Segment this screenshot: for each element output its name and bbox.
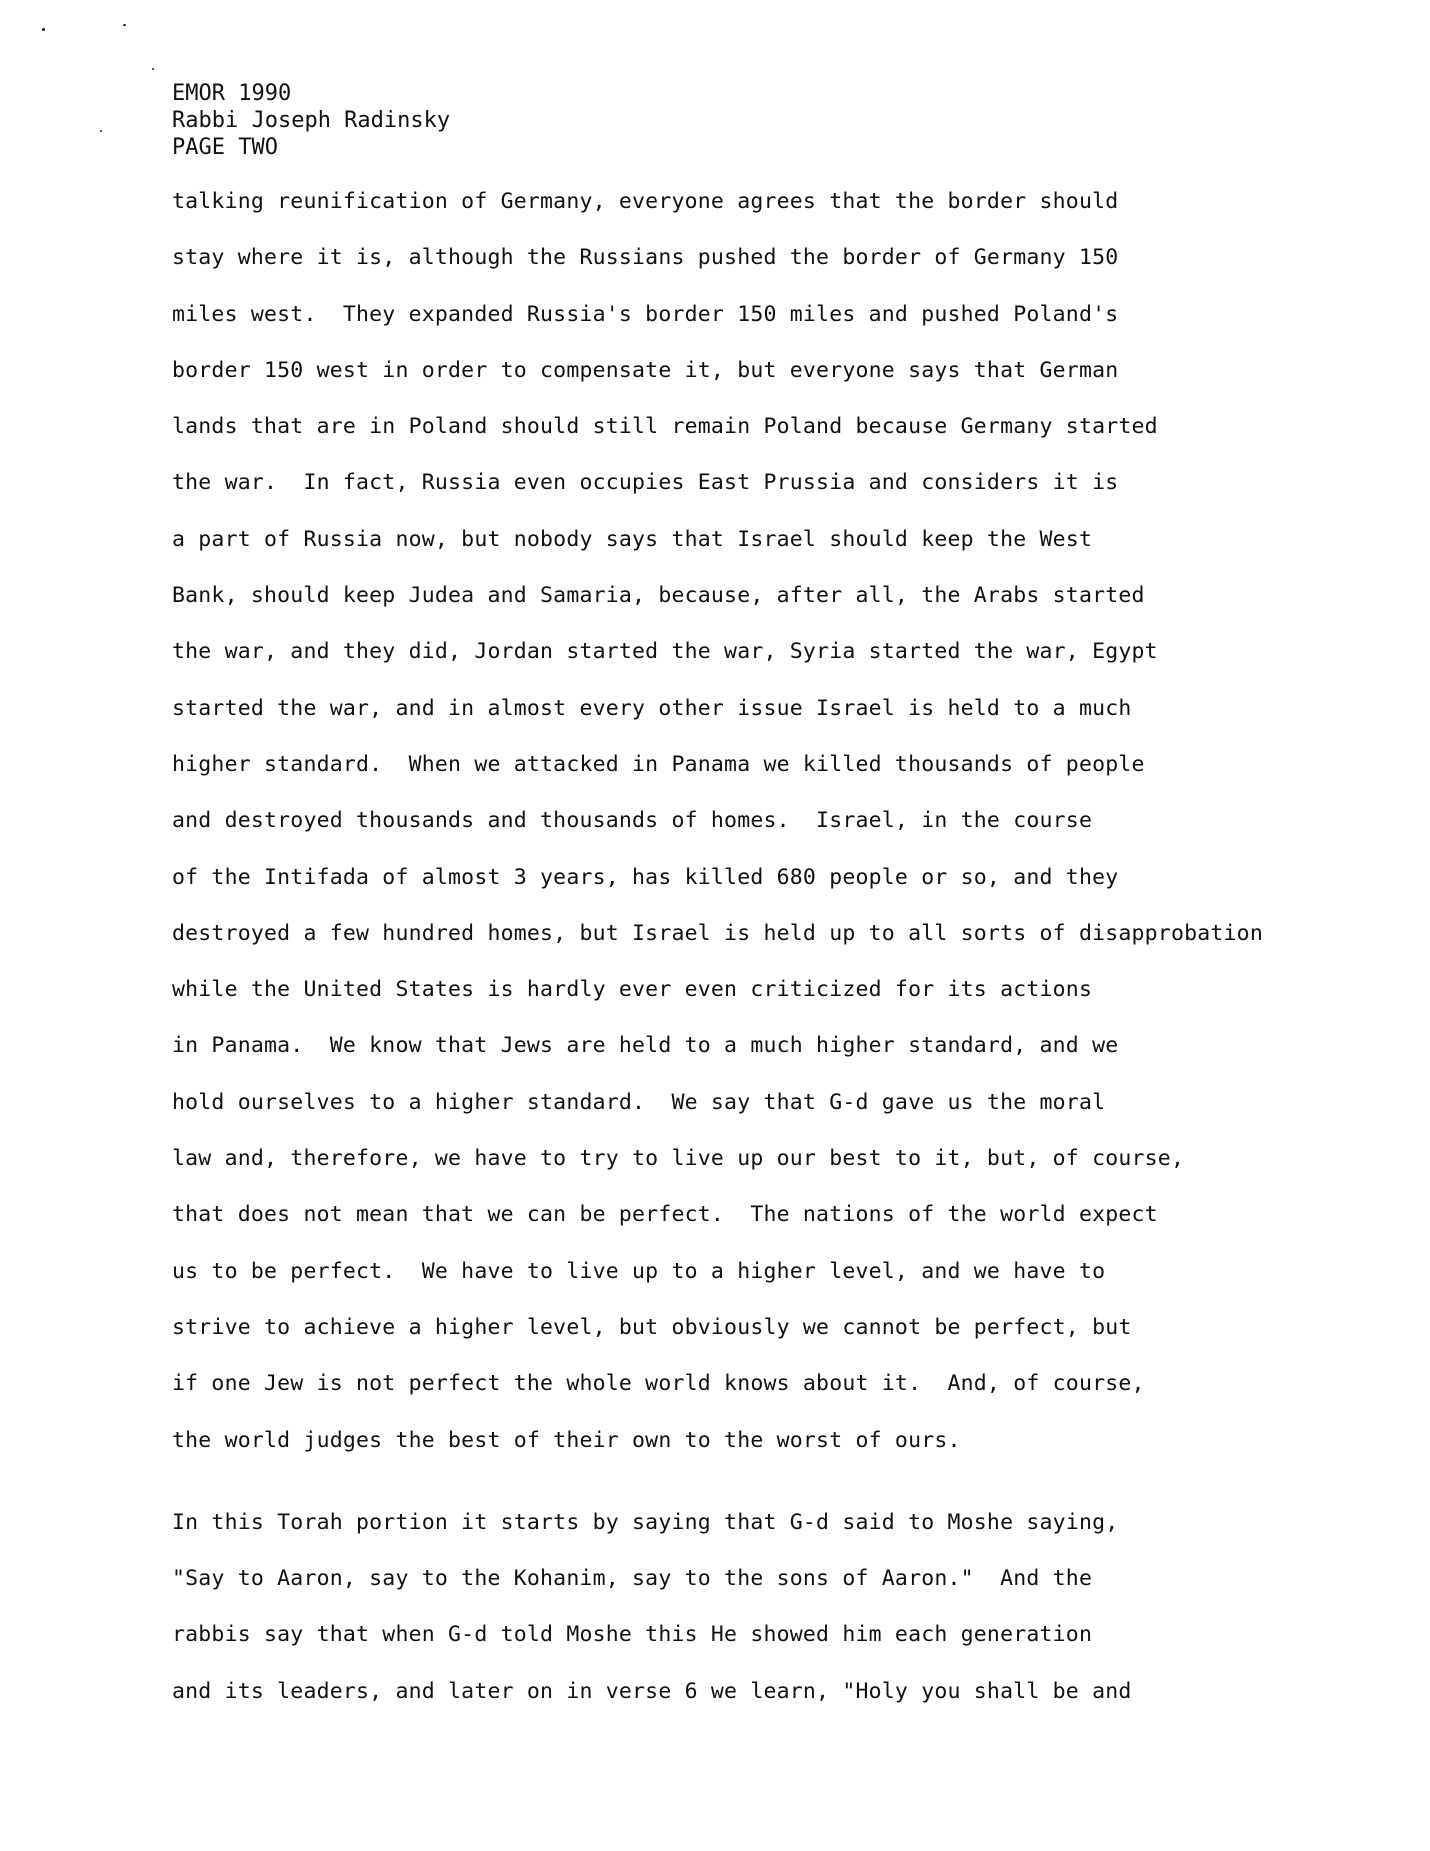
text-line: while the United States is hardly ever e… [172,974,1263,1030]
text-line: the world judges the best of their own t… [172,1425,1263,1481]
text-line: higher standard. When we attacked in Pan… [172,749,1263,805]
text-line: Bank, should keep Judea and Samaria, bec… [172,580,1263,636]
document-body: talking reunification of Germany, everyo… [172,186,1263,1732]
scan-speck [123,24,126,26]
text-line: hold ourselves to a higher standard. We … [172,1087,1263,1143]
text-line: In this Torah portion it starts by sayin… [172,1507,1263,1563]
text-line: the war, and they did, Jordan started th… [172,636,1263,692]
text-line: "Say to Aaron, say to the Kohanim, say t… [172,1563,1263,1619]
text-line: stay where it is, although the Russians … [172,242,1263,298]
paragraph-1: talking reunification of Germany, everyo… [172,186,1263,1481]
text-line: in Panama. We know that Jews are held to… [172,1030,1263,1086]
scan-speck [42,28,45,31]
paragraph-spacer [172,1481,1263,1507]
document-author: Rabbi Joseph Radinsky [172,107,450,134]
text-line: that does not mean that we can be perfec… [172,1199,1263,1255]
text-line: of the Intifada of almost 3 years, has k… [172,862,1263,918]
text-line: talking reunification of Germany, everyo… [172,186,1263,242]
text-line: lands that are in Poland should still re… [172,411,1263,467]
text-line: the war. In fact, Russia even occupies E… [172,467,1263,523]
document-title: EMOR 1990 [172,80,450,107]
scan-speck [100,130,102,132]
text-line: border 150 west in order to compensate i… [172,355,1263,411]
text-line: law and, therefore, we have to try to li… [172,1143,1263,1199]
text-line: destroyed a few hundred homes, but Israe… [172,918,1263,974]
text-line: started the war, and in almost every oth… [172,693,1263,749]
text-line: rabbis say that when G-d told Moshe this… [172,1619,1263,1675]
text-line: miles west. They expanded Russia's borde… [172,299,1263,355]
document-header: EMOR 1990 Rabbi Joseph Radinsky PAGE TWO [172,80,450,161]
text-line: a part of Russia now, but nobody says th… [172,524,1263,580]
text-line: and destroyed thousands and thousands of… [172,805,1263,861]
text-line: and its leaders, and later on in verse 6… [172,1676,1263,1732]
page-label: PAGE TWO [172,134,450,161]
text-line: strive to achieve a higher level, but ob… [172,1312,1263,1368]
text-line: us to be perfect. We have to live up to … [172,1256,1263,1312]
text-line: if one Jew is not perfect the whole worl… [172,1368,1263,1424]
scan-speck [152,68,154,70]
paragraph-2: In this Torah portion it starts by sayin… [172,1507,1263,1732]
